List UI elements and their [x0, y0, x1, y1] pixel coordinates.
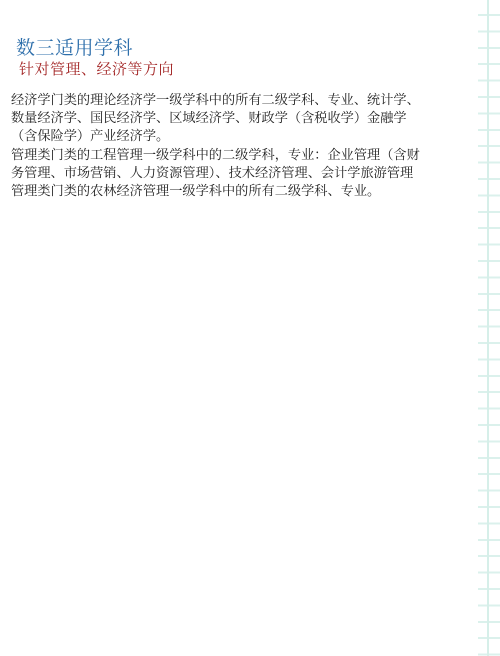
page-subtitle: 针对管理、经济等方向	[19, 60, 174, 78]
page-title: 数三适用学科	[16, 37, 133, 59]
decorative-grid-strip	[478, 0, 500, 656]
text-line: 务管理、市场营销、人力资源管理）、技术经济管理、会计学旅游管理	[11, 165, 473, 183]
text-line: 数量经济学、国民经济学、区域经济学、财政学（含税收学）金融学	[11, 110, 473, 128]
text-line: （含保险学）产业经济学。	[11, 128, 473, 146]
text-line: 管理类门类的工程管理一级学科中的二级学科，专业：企业管理（含财	[11, 147, 473, 165]
text-line: 管理类门类的农林经济管理一级学科中的所有二级学科、专业。	[11, 183, 473, 201]
text-line: 经济学门类的理论经济学一级学科中的所有二级学科、专业、统计学、	[11, 92, 473, 110]
body-text: 经济学门类的理论经济学一级学科中的所有二级学科、专业、统计学、 数量经济学、国民…	[11, 92, 473, 201]
